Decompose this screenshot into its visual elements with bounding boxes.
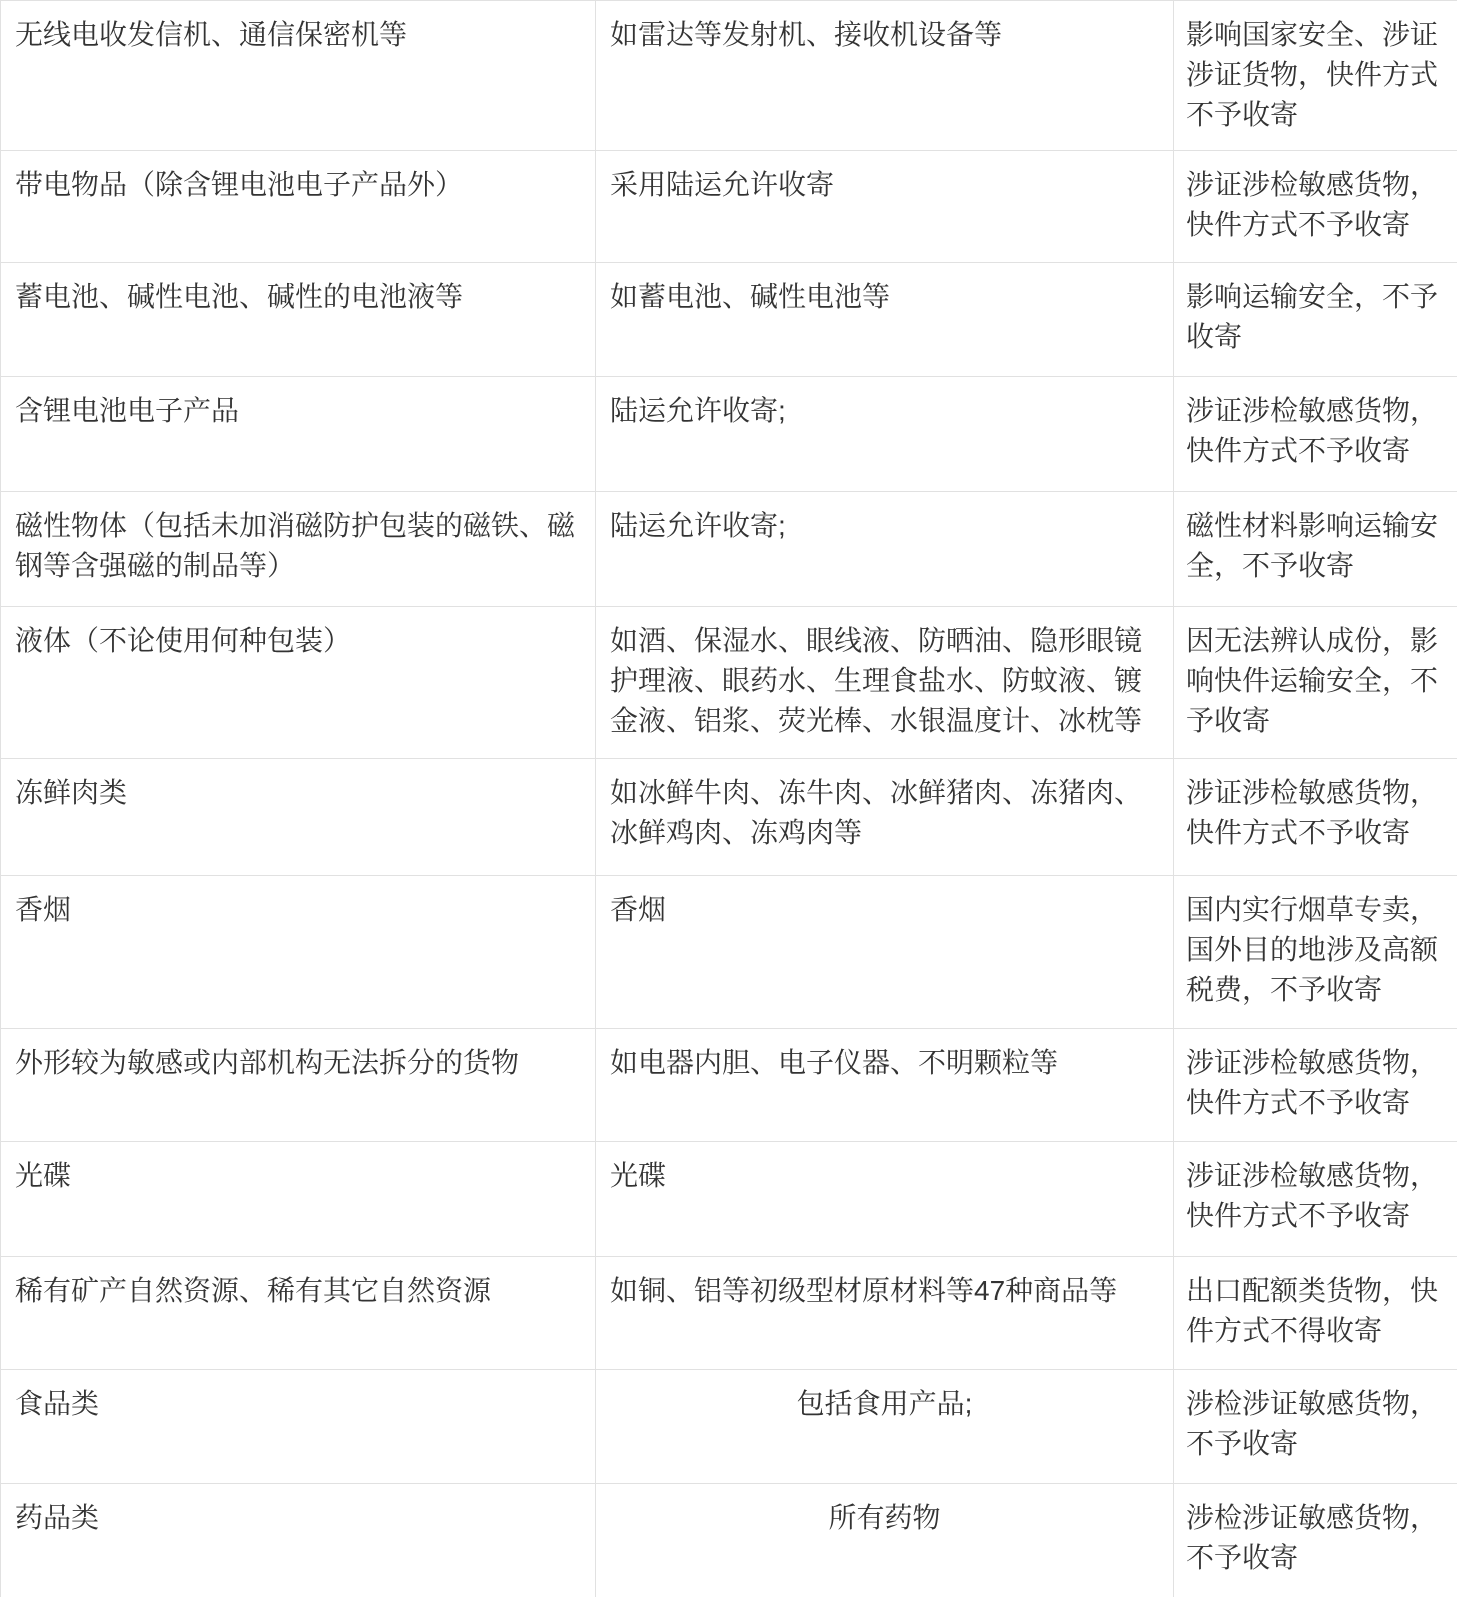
table-row: 稀有矿产自然资源、稀有其它自然资源 如铜、铝等初级型材原材料等47种商品等 出口… bbox=[1, 1257, 1457, 1370]
policy-cell: 因无法辨认成份，影响快件运输安全，不予收寄 bbox=[1174, 607, 1457, 759]
item-cell: 香烟 bbox=[1, 876, 596, 1029]
policy-cell: 涉证涉检敏感货物，快件方式不予收寄 bbox=[1174, 1029, 1457, 1142]
table-row: 外形较为敏感或内部机构无法拆分的货物 如电器内胆、电子仪器、不明颗粒等 涉证涉检… bbox=[1, 1029, 1457, 1142]
table-row: 含锂电池电子产品 陆运允许收寄; 涉证涉检敏感货物，快件方式不予收寄 bbox=[1, 377, 1457, 492]
table-row: 光碟 光碟 涉证涉检敏感货物，快件方式不予收寄 bbox=[1, 1142, 1457, 1257]
item-cell: 光碟 bbox=[1, 1142, 596, 1257]
table-row: 带电物品（除含锂电池电子产品外） 采用陆运允许收寄 涉证涉检敏感货物，快件方式不… bbox=[1, 151, 1457, 263]
table-row: 无线电收发信机、通信保密机等 如雷达等发射机、接收机设备等 影响国家安全、涉证涉… bbox=[1, 1, 1457, 151]
table-row: 磁性物体（包括未加消磁防护包装的磁铁、磁钢等含强磁的制品等） 陆运允许收寄; 磁… bbox=[1, 492, 1457, 607]
example-cell: 所有药物 bbox=[596, 1484, 1174, 1597]
item-cell: 无线电收发信机、通信保密机等 bbox=[1, 1, 596, 151]
item-cell: 外形较为敏感或内部机构无法拆分的货物 bbox=[1, 1029, 596, 1142]
table-row: 蓄电池、碱性电池、碱性的电池液等 如蓄电池、碱性电池等 影响运输安全，不予收寄 bbox=[1, 263, 1457, 377]
policy-cell: 涉检涉证敏感货物，不予收寄 bbox=[1174, 1370, 1457, 1484]
example-cell: 光碟 bbox=[596, 1142, 1174, 1257]
policy-cell: 涉检涉证敏感货物，不予收寄 bbox=[1174, 1484, 1457, 1597]
item-cell: 带电物品（除含锂电池电子产品外） bbox=[1, 151, 596, 263]
table-row: 食品类 包括食用产品; 涉检涉证敏感货物，不予收寄 bbox=[1, 1370, 1457, 1484]
example-cell: 如冰鲜牛肉、冻牛肉、冰鲜猪肉、冻猪肉、冰鲜鸡肉、冻鸡肉等 bbox=[596, 759, 1174, 876]
example-cell: 如铜、铝等初级型材原材料等47种商品等 bbox=[596, 1257, 1174, 1370]
policy-cell: 出口配额类货物，快件方式不得收寄 bbox=[1174, 1257, 1457, 1370]
example-cell: 包括食用产品; bbox=[596, 1370, 1174, 1484]
policy-cell: 影响国家安全、涉证涉证货物，快件方式不予收寄 bbox=[1174, 1, 1457, 151]
table-row: 香烟 香烟 国内实行烟草专卖，国外目的地涉及高额税费，不予收寄 bbox=[1, 876, 1457, 1029]
policy-cell: 磁性材料影响运输安全，不予收寄 bbox=[1174, 492, 1457, 607]
table-row: 冻鲜肉类 如冰鲜牛肉、冻牛肉、冰鲜猪肉、冻猪肉、冰鲜鸡肉、冻鸡肉等 涉证涉检敏感… bbox=[1, 759, 1457, 876]
item-cell: 磁性物体（包括未加消磁防护包装的磁铁、磁钢等含强磁的制品等） bbox=[1, 492, 596, 607]
policy-cell: 涉证涉检敏感货物，快件方式不予收寄 bbox=[1174, 377, 1457, 492]
item-cell: 冻鲜肉类 bbox=[1, 759, 596, 876]
policy-cell: 国内实行烟草专卖，国外目的地涉及高额税费，不予收寄 bbox=[1174, 876, 1457, 1029]
policy-cell: 涉证涉检敏感货物，快件方式不予收寄 bbox=[1174, 759, 1457, 876]
item-cell: 食品类 bbox=[1, 1370, 596, 1484]
table-body: 无线电收发信机、通信保密机等 如雷达等发射机、接收机设备等 影响国家安全、涉证涉… bbox=[1, 1, 1457, 1597]
item-cell: 液体（不论使用何种包装） bbox=[1, 607, 596, 759]
example-cell: 如电器内胆、电子仪器、不明颗粒等 bbox=[596, 1029, 1174, 1142]
example-cell: 陆运允许收寄; bbox=[596, 377, 1174, 492]
example-cell: 如蓄电池、碱性电池等 bbox=[596, 263, 1174, 377]
prohibited-items-table: 无线电收发信机、通信保密机等 如雷达等发射机、接收机设备等 影响国家安全、涉证涉… bbox=[0, 0, 1457, 1597]
item-cell: 药品类 bbox=[1, 1484, 596, 1597]
example-cell: 陆运允许收寄; bbox=[596, 492, 1174, 607]
item-cell: 蓄电池、碱性电池、碱性的电池液等 bbox=[1, 263, 596, 377]
example-cell: 如雷达等发射机、接收机设备等 bbox=[596, 1, 1174, 151]
policy-cell: 影响运输安全，不予收寄 bbox=[1174, 263, 1457, 377]
item-cell: 稀有矿产自然资源、稀有其它自然资源 bbox=[1, 1257, 596, 1370]
policy-cell: 涉证涉检敏感货物，快件方式不予收寄 bbox=[1174, 151, 1457, 263]
policy-cell: 涉证涉检敏感货物，快件方式不予收寄 bbox=[1174, 1142, 1457, 1257]
example-cell: 采用陆运允许收寄 bbox=[596, 151, 1174, 263]
example-cell: 香烟 bbox=[596, 876, 1174, 1029]
table-row: 液体（不论使用何种包装） 如酒、保湿水、眼线液、防晒油、隐形眼镜护理液、眼药水、… bbox=[1, 607, 1457, 759]
example-cell: 如酒、保湿水、眼线液、防晒油、隐形眼镜护理液、眼药水、生理食盐水、防蚊液、镀金液… bbox=[596, 607, 1174, 759]
item-cell: 含锂电池电子产品 bbox=[1, 377, 596, 492]
table-row: 药品类 所有药物 涉检涉证敏感货物，不予收寄 bbox=[1, 1484, 1457, 1597]
